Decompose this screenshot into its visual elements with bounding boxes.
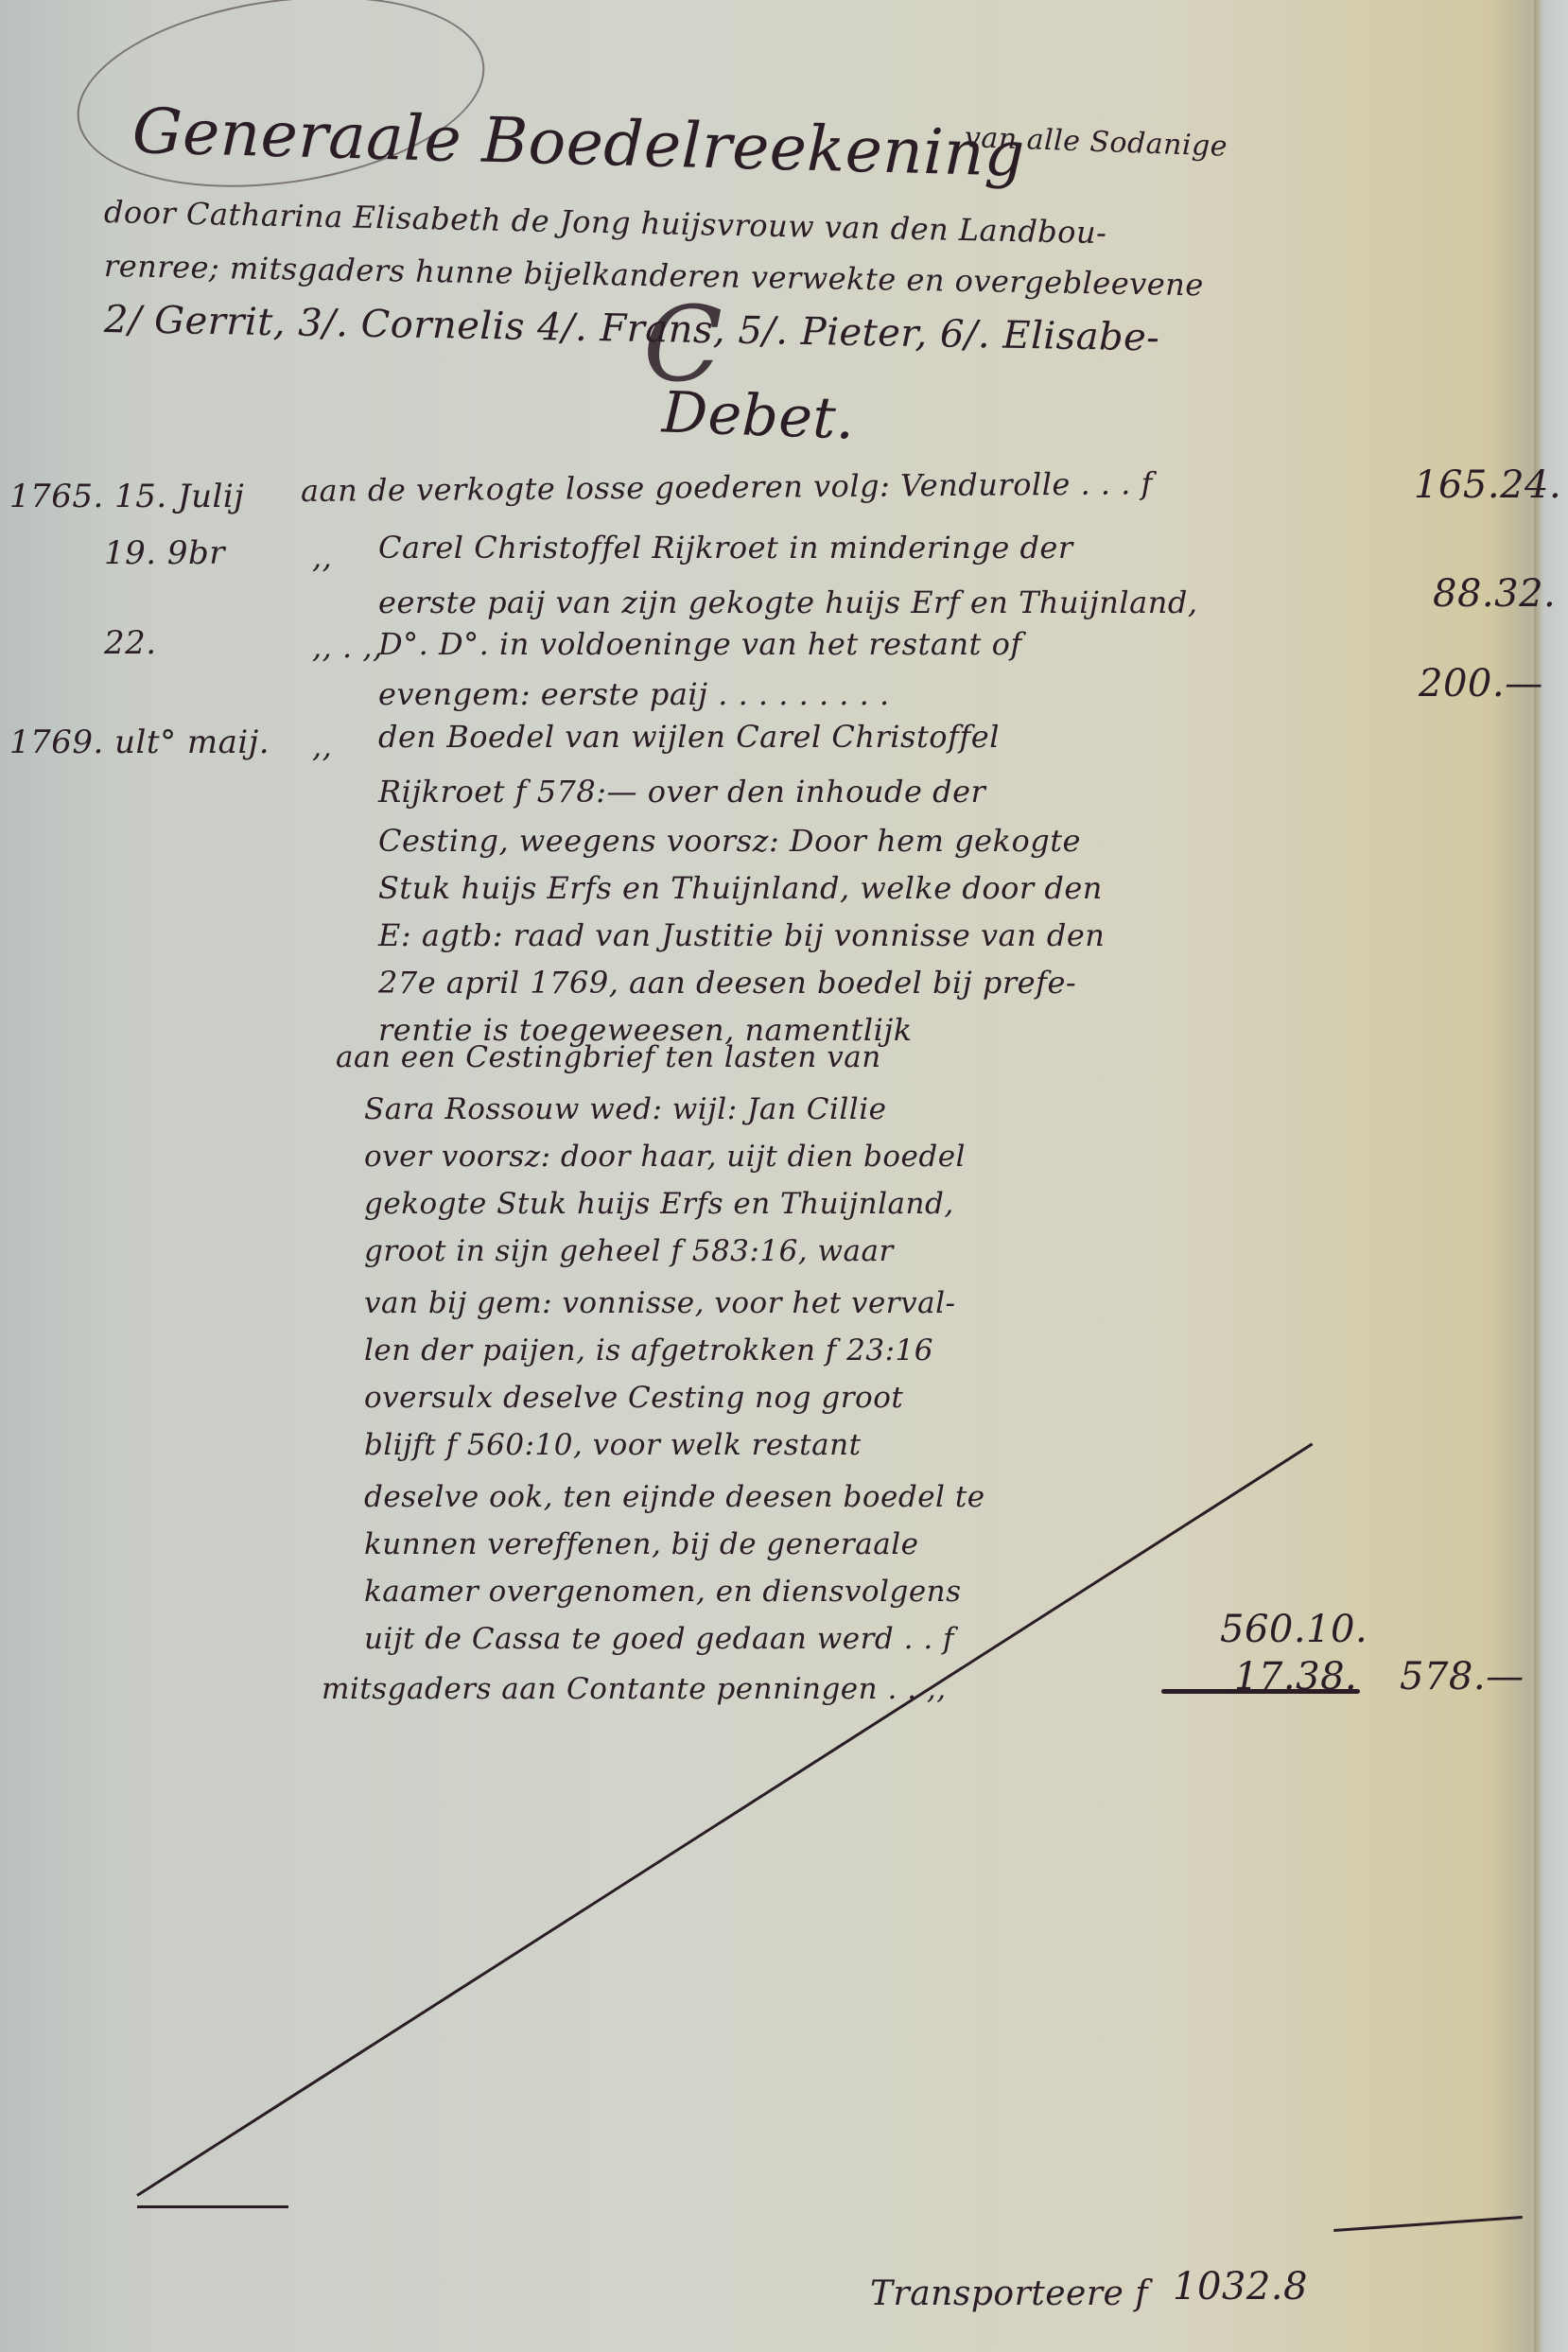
total-underline bbox=[1161, 1689, 1360, 1694]
entry-text: evengem: eerste paij . . . . . . . . . bbox=[378, 676, 890, 712]
entry-date: 19. 9br bbox=[104, 534, 225, 572]
transport-label: Transporteere f bbox=[870, 2274, 1148, 2313]
closing-base-stroke bbox=[137, 2205, 288, 2208]
sub-entry-line: van bij gem: vonnisse, voor het verval- bbox=[364, 1286, 956, 1320]
entry-amount: 88.32. bbox=[1433, 572, 1556, 616]
amount-cassa: 560.10. bbox=[1220, 1608, 1368, 1651]
sub-entry-line: deselve ook, ten eijnde deesen boedel te bbox=[364, 1480, 985, 1514]
subtotal-amount: 578.— bbox=[1400, 1655, 1524, 1699]
sub-entry-line: kunnen vereffenen, bij de generaale bbox=[364, 1527, 918, 1561]
entry-date: 22. bbox=[104, 624, 157, 662]
sub-entry-line: oversulx deselve Cesting nog groot bbox=[364, 1381, 903, 1415]
entry-text: Carel Christoffel Rijkroet in minderinge… bbox=[378, 530, 1073, 566]
entry-text: 27e april 1769, aan deesen boedel bij pr… bbox=[378, 965, 1076, 1001]
sub-entry-line: over voorsz: door haar, uijt dien boedel bbox=[364, 1140, 966, 1174]
entry-amount: 165.24. bbox=[1414, 463, 1561, 507]
entry-date: 1765. 15. Julij bbox=[9, 478, 244, 515]
entry-date: 1769. ult° maij. bbox=[9, 723, 270, 761]
sub-entry-line: mitsgaders aan Contante penningen . . ,, bbox=[322, 1672, 947, 1706]
sub-entry-line: Sara Rossouw wed: wijl: Jan Cillie bbox=[364, 1092, 886, 1126]
entry-text: Cesting, weegens voorsz: Door hem gekogt… bbox=[378, 823, 1081, 859]
entry-text: Stuk huijs Erfs en Thuijnland, welke doo… bbox=[378, 870, 1103, 906]
entry-text: aan de verkogte losse goederen volg: Ven… bbox=[301, 465, 1153, 509]
entry-text: E: agtb: raad van Justitie bij vonnisse … bbox=[378, 917, 1105, 953]
ditto-mark: ,, . ,, bbox=[312, 629, 383, 665]
section-heading: Debet. bbox=[661, 379, 856, 452]
sub-entry-line: blijft f 560:10, voor welk restant bbox=[364, 1428, 862, 1462]
entry-text: D°. D°. in voldoeninge van het restant o… bbox=[378, 626, 1022, 662]
sub-entry-line: len der paijen, is afgetrokken f 23:16 bbox=[364, 1333, 933, 1368]
sub-entry-line: gekogte Stuk huijs Erfs en Thuijnland, bbox=[364, 1187, 954, 1221]
sub-entry-line: uijt de Cassa te goed gedaan werd . . f bbox=[364, 1622, 954, 1656]
ditto-mark: ,, bbox=[312, 539, 332, 575]
sub-entry-line: kaamer overgenomen, en diensvolgens bbox=[364, 1575, 962, 1609]
page-edge bbox=[1534, 0, 1568, 2352]
sub-entry-line: aan een Cestingbrief ten lasten van bbox=[336, 1040, 881, 1074]
header-line-2: door Catharina Elisabeth de Jong huijsvr… bbox=[104, 194, 1107, 251]
sub-entry-line: groot in sijn geheel f 583:16, waar bbox=[364, 1234, 894, 1268]
ditto-mark: ,, bbox=[312, 728, 332, 764]
transport-total: 1032.8 bbox=[1173, 2265, 1308, 2308]
entry-text: den Boedel van wijlen Carel Christoffel bbox=[378, 719, 1000, 755]
header-line-4: 2/ Gerrit, 3/. Cornelis 4/. Frans, 5/. P… bbox=[104, 298, 1160, 359]
entry-text: eerste paij van zijn gekogte huijs Erf e… bbox=[378, 584, 1197, 620]
entry-text: Rijkroet f 578:— over den inhoude der bbox=[378, 774, 985, 810]
footer-stroke bbox=[1333, 2216, 1523, 2232]
entry-amount: 200.— bbox=[1419, 662, 1543, 706]
